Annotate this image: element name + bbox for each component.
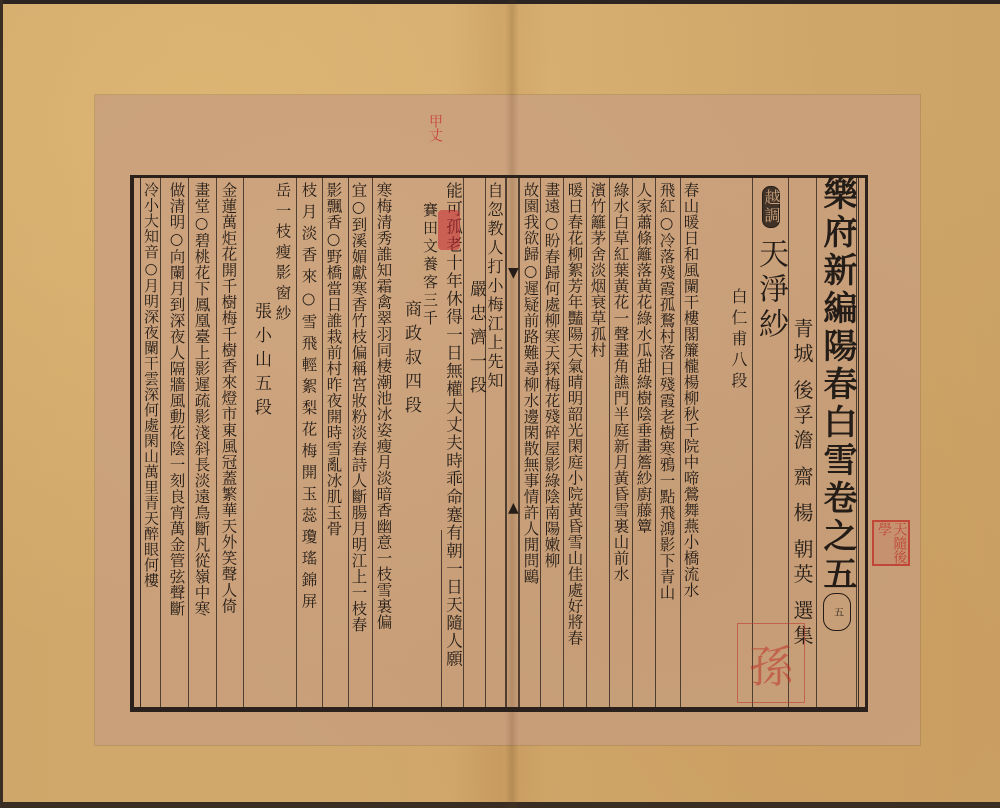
text-column: 畫堂○碧桃花下鳳凰臺上影遲疏影淺斜長淡遠鳥斷凡從嶺中寒 [193, 182, 209, 617]
oval-cartouche-mark: 五 [823, 593, 851, 631]
column-rule [463, 178, 464, 708]
top-margin-red-mark: 甲丈 [428, 114, 442, 142]
author-line-yan: 嚴忠濟一段 [467, 280, 484, 400]
column-rule [348, 178, 349, 708]
tune-title: 天淨紗 [755, 238, 785, 343]
text-column: 做清明○向闌月到深夜人隔牆風動花陰一刻良宵萬金管弦聲斷 [168, 182, 184, 617]
collector-seal-square: 天隨後學 [872, 520, 910, 566]
text-column: 畫遠○盼春歸何處柳寒天探梅花殘碎屋影綠陰南陽嫩柳 [543, 182, 559, 569]
text-column: 人家蕭條籬落黃花綠水瓜甜綠樹陰垂畫簷紗廚藤簟 [635, 182, 651, 534]
column-rule [372, 178, 373, 708]
fishtail-marker-lower: ▲ [508, 500, 518, 516]
page-edge-left [0, 0, 3, 808]
red-stamp-smudge [438, 210, 460, 250]
page-edge-top [0, 0, 1000, 4]
section-marker-cartouche: 越調 [762, 186, 780, 228]
text-column: 寒梅清秀誰知霜禽翠羽同棲潮池冰姿瘦月淡暗香幽意一枝雪裏偏 [375, 182, 391, 630]
frame-inner-rule-left [140, 178, 141, 707]
page-edge-bottom [0, 802, 1000, 808]
text-column: 能可孤老十年休得一日無權大丈夫時乖命蹇有朝一日天隨人願 [444, 182, 461, 668]
text-column: 宜○到溪媚獻寒香竹枝偏稱宮妝粉淡春詩人斷腸月明江上一枝春 [350, 182, 366, 633]
column-rule [680, 178, 681, 708]
text-column: 飛紅○冷落殘霞孤鶩村落日殘霞老樹寒鴉一點飛鴻影下青山 [658, 182, 674, 601]
column-rule [540, 178, 541, 708]
column-rule [243, 178, 244, 708]
text-column: 金蓮萬炬花開千樹梅千樹香來燈市東風冠蓋繁華天外笑聲人倚 [220, 182, 236, 614]
column-rule [188, 178, 189, 708]
fishtail-marker-upper: ▼ [508, 265, 518, 281]
text-column: 冷小大知音○月明深夜闌干雲深何處閑山萬里青天醉眼何樓 [143, 182, 158, 588]
text-column: 暖日春花柳絮芳年豔陽天氣晴明韶光閑庭小院黃昏雪山佳處好將春 [566, 182, 582, 646]
text-column: 濱竹籬茅舍淡烟衰草孤村 [589, 182, 605, 358]
text-column: 自忽教人打小梅江上先知 [486, 182, 502, 391]
column-rule [609, 178, 610, 708]
text-column: 枝月淡香來○雪飛輕絮梨花梅開玉蕊瓊瑤錦屏 [300, 182, 316, 615]
volume-title: 樂府新編陽春白雪卷之五 [820, 176, 854, 594]
frame-inner-rule-right [858, 178, 859, 707]
gutter-rule-right [518, 178, 520, 708]
text-column: 岳一枝瘦影窗紗 [274, 182, 290, 326]
author-line-zhang: 張小山五段 [252, 302, 269, 422]
column-rule [322, 178, 323, 708]
author-line-shang: 商政叔四段 [402, 300, 419, 420]
column-rule [160, 178, 161, 708]
column-rule [563, 178, 564, 708]
text-column: 影飄香○野橋當日誰栽前村昨夜開時雪亂冰肌玉骨 [325, 182, 341, 537]
column-rule [632, 178, 633, 708]
column-rule [441, 530, 442, 710]
compiler-line: 青城 後孚澹 齋 楊 朝英 選集 [792, 318, 812, 650]
column-rule [216, 178, 217, 708]
author-line: 白仁甫八段 [730, 288, 746, 393]
collector-seal-large: 孫 [737, 623, 805, 703]
column-rule [655, 178, 656, 708]
gutter-rule-left [505, 178, 507, 708]
section-marker: 越調 [762, 186, 780, 228]
column-rule [296, 178, 297, 708]
text-column: 春山暖日和風闌干樓閣簾櫳楊柳秋千院中啼鶯舞燕小橋流水 [682, 182, 698, 598]
column-rule [586, 178, 587, 708]
text-column: 賽田文養客三千 [422, 202, 437, 328]
text-column: 故園我欲歸○遲疑前路難尋柳水邊閑散無事情許人閒問鷗 [522, 182, 538, 585]
text-column: 綠水白草紅葉黃花一聲畫角譙門半庭新月黃昏雪裏山前水 [612, 182, 628, 582]
